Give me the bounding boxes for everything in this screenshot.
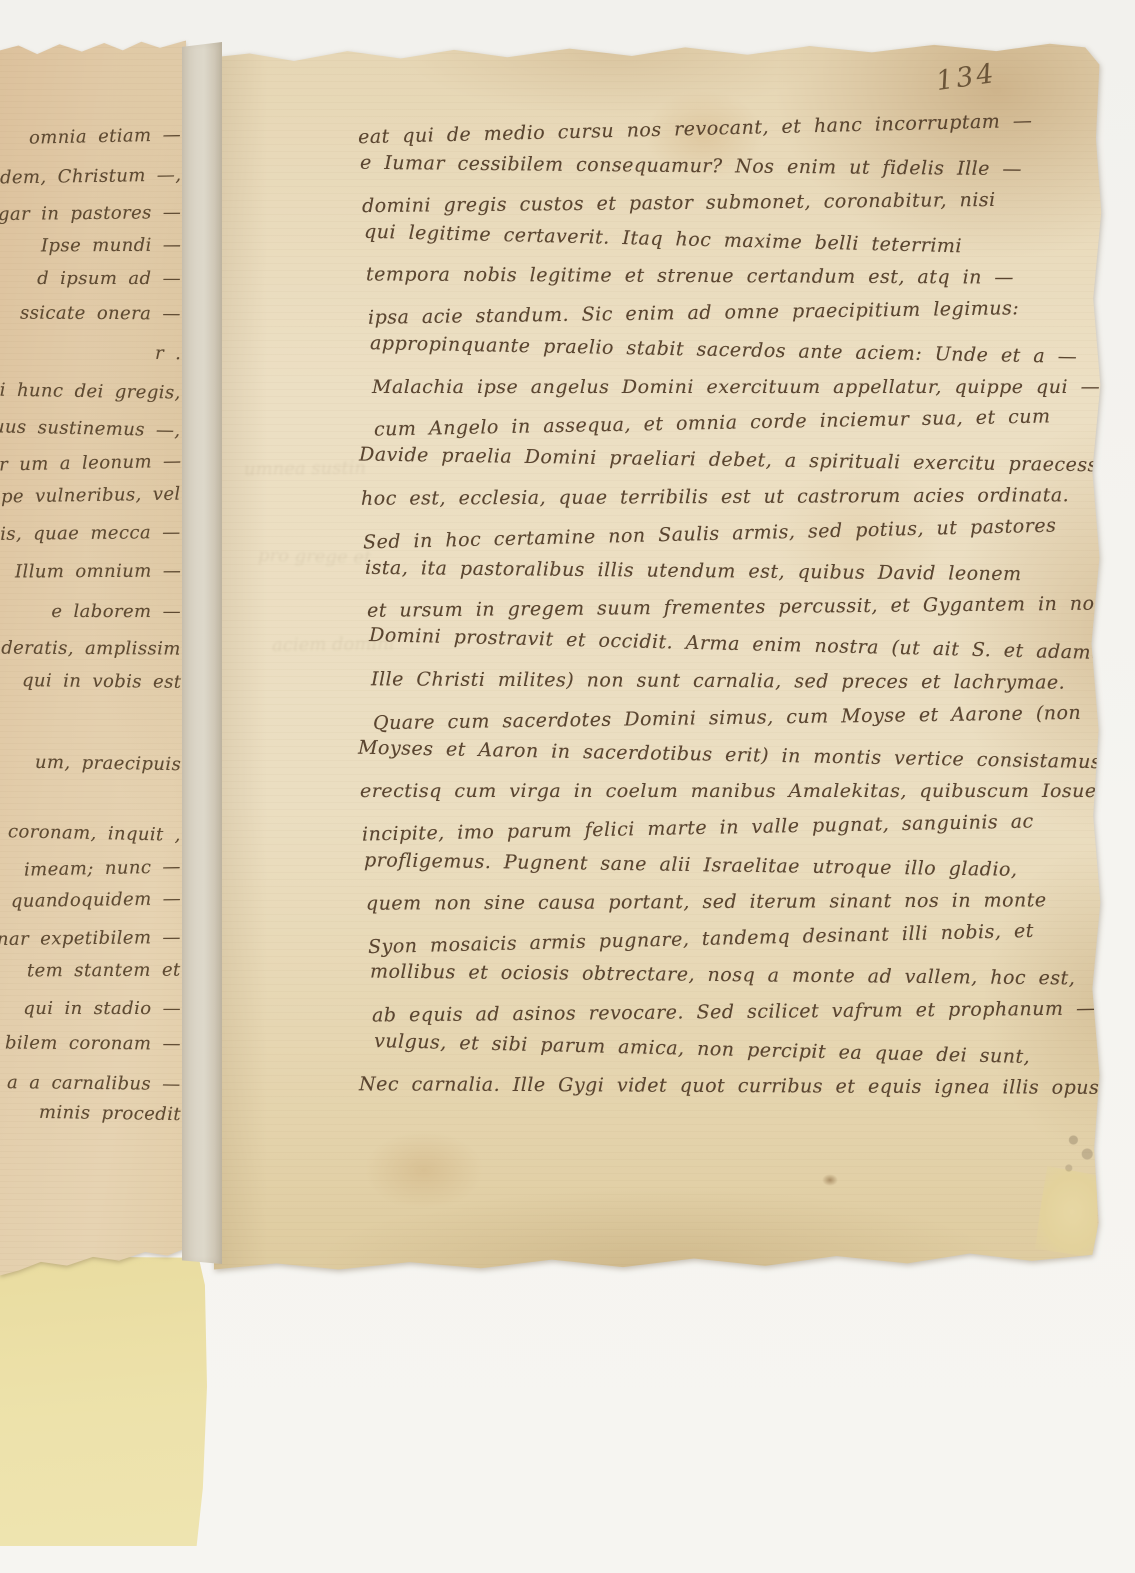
manuscript-line: obis, quae mecca — — [0, 524, 181, 544]
manuscript-line: erectisq cum virga in coelum manibus Ama… — [360, 782, 1097, 801]
manuscript-line: ssicate onera — — [20, 305, 181, 324]
manuscript-line: a a carnalibus — — [7, 1074, 181, 1094]
manuscript-line: bilem coronam — — [5, 1035, 181, 1054]
page-number: 134 — [934, 60, 998, 95]
manuscript-line: r . — [155, 345, 181, 363]
manuscript-line: omnia etiam — — [29, 126, 181, 147]
manuscript-line: ppor um a leonum — — [0, 453, 181, 476]
manuscript-line: qui in vobis est — [21, 672, 181, 692]
manuscript-line: Nec carnalia. Ille Gygi videt quot curri… — [359, 1075, 1099, 1098]
manuscript-line: gar in pastores — — [0, 204, 181, 224]
manuscript-line: nar expetibilem — — [0, 929, 181, 949]
manuscript-line: onderatis, amplissim — [0, 639, 181, 658]
main-page: umnea sustinpro grege etaciem domini 134… — [214, 40, 1103, 1272]
manuscript-line: tempora nobis legitime et strenue certan… — [366, 265, 1014, 287]
manuscript-line: qui in stadio — — [23, 1000, 181, 1018]
manuscript-line: imeam; nunc — — [24, 858, 181, 879]
manuscript-line: coronam, inquit , — [8, 823, 181, 845]
manuscript-line: odi; quandoquidem — — [0, 890, 181, 911]
manuscript-line: Ipse mundi — — [41, 237, 181, 256]
manuscript-line: quem non sine causa portant, sed iterum … — [366, 891, 1047, 913]
manuscript-line: uduus sustinemus —, — [0, 418, 181, 440]
manuscript-line: Si hunc dei gregis, — [0, 381, 181, 402]
manuscript-line: hoc est, ecclesia, quae terribilis est u… — [361, 486, 1069, 508]
ink-bleedthrough-line: umnea sustin — [244, 459, 366, 479]
manuscript-line: dem, Christum —, — [0, 167, 181, 188]
binding-guard-strip — [182, 42, 222, 1264]
manuscript-line: Illum omnium — — [15, 563, 181, 582]
yellow-flyleaf — [0, 1256, 207, 1546]
manuscript-line: e laborem — — [51, 603, 181, 621]
manuscript-line: Malachia ipse angelus Domini exercituum … — [372, 378, 1100, 397]
left-page-fragment: omnia etiam —dem, Christum —,gar in past… — [0, 38, 186, 1278]
manuscript-line: d ipsum ad — — [37, 270, 181, 288]
ink-bleedthrough-line: pro grege et — [258, 547, 372, 567]
manuscript-line: minis procedit — [39, 1104, 181, 1124]
manuscript-line: Ille Christi milites) non sunt carnalia,… — [371, 670, 1065, 692]
manuscript-line: tem stantem et — [27, 962, 181, 981]
manuscript-line: pe vulneribus, vel — [1, 486, 181, 507]
manuscript-scan: omnia etiam —dem, Christum —,gar in past… — [0, 0, 1135, 1573]
manuscript-line: um, praecipuis — [35, 754, 181, 774]
